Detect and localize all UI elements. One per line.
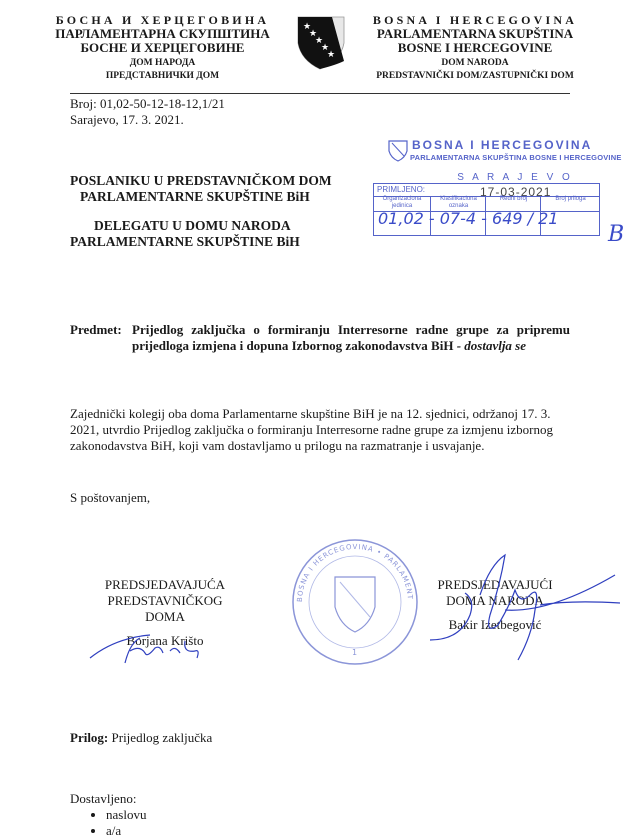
distribution: Dostavljeno: naslovu a/a — [70, 791, 146, 837]
signature-left-title2: PREDSTAVNIČKOG DOMA — [90, 593, 240, 625]
body-paragraph: Zajednički kolegij oba doma Parlamentarn… — [70, 406, 580, 454]
distribution-item: naslovu — [106, 807, 146, 823]
reference-number: Broj: 01,02-50-12-18-12,1/21 — [70, 96, 225, 112]
seal-outer-text: BOSNA I HERCEGOVINA • PARLAMENTARNA SKUP… — [290, 537, 414, 602]
addressee-1: POSLANIKU U PREDSTAVNIČKOM DOM PARLAMENT… — [70, 173, 332, 205]
attachment-value: Prijedlog zaključka — [112, 730, 213, 745]
header-left-line1: БОСНА И ХЕРЦЕГОВИНА — [40, 13, 285, 27]
stamp-grid: PRIMLJENO: 17-03-2021 Organizaciona jedi… — [373, 183, 600, 236]
header-left: БОСНА И ХЕРЦЕГОВИНА ПАРЛАМЕНТАРНА СКУПШТ… — [40, 13, 285, 83]
stamp-emblem-icon — [388, 140, 408, 162]
addressee-1-line2: PARLAMENTARNE SKUPŠTINE BiH — [70, 189, 332, 205]
stamp-line1: BOSNA I HERCEGOVINA — [412, 138, 592, 152]
attachment: Prilog: Prijedlog zaključka — [70, 730, 212, 746]
subject-label: Predmet: — [70, 322, 132, 338]
addressee-2-line1: DELEGATU U DOMU NARODA — [70, 218, 300, 234]
header-left-line4: ДОМ НАРОДА — [40, 57, 285, 70]
header-left-line2: ПАРЛАМЕНТАРНА СКУПШТИНА — [40, 27, 285, 41]
subject-line2: prijedloga izmjena i dopuna Izbornog zak… — [132, 338, 457, 353]
attachment-label: Prilog: — [70, 730, 108, 745]
stamp-handwritten-number: 01,02 - 07-4 - 649 / 21 — [378, 209, 558, 228]
reference-place-date: Sarajevo, 17. 3. 2021. — [70, 112, 225, 128]
header-right-line4: DOM NARODA — [355, 57, 595, 70]
distribution-item: a/a — [106, 823, 146, 837]
stamp-handwritten-initial: B — [608, 222, 624, 247]
body-line3: zakonodavstva BiH, koji vam dostavljamo … — [70, 438, 580, 454]
header-right-line3: BOSNE I HERCEGOVINE — [355, 41, 595, 55]
addressee-1-line1: POSLANIKU U PREDSTAVNIČKOM DOM — [70, 173, 332, 189]
header-right-line5: PREDSTAVNIČKI DOM/ZASTUPNIČKI DOM — [355, 70, 595, 83]
closing: S poštovanjem, — [70, 490, 150, 506]
subject-suffix: - dostavlja se — [457, 338, 526, 353]
subject-line1: Prijedlog zaključka o formiranju Interre… — [132, 322, 570, 338]
svg-text:★: ★ — [327, 50, 335, 60]
stamp-line2: PARLAMENTARNA SKUPŠTINA BOSNE I HERCEGOV… — [410, 153, 622, 162]
header-divider — [70, 93, 570, 94]
distribution-list: naslovu a/a — [70, 807, 146, 837]
body-line1: Zajednički kolegij oba doma Parlamentarn… — [70, 406, 580, 422]
coat-of-arms-icon: ★ ★ ★ ★ ★ — [296, 15, 346, 70]
distribution-label: Dostavljeno: — [70, 791, 146, 807]
addressee-2-line2: PARLAMENTARNE SKUPŠTINE BiH — [70, 234, 300, 250]
stamp-col1-label: Organizaciona jedinica — [374, 196, 430, 210]
header-right: BOSNA I HERCEGOVINA PARLAMENTARNA SKUPŠT… — [355, 13, 595, 83]
signature-right-handwriting-icon — [420, 545, 620, 665]
header-right-line2: PARLAMENTARNA SKUPŠTINA — [355, 27, 595, 41]
svg-text:BOSNA I HERCEGOVINA • PARLAMEN: BOSNA I HERCEGOVINA • PARLAMENTARNA SKUP… — [290, 537, 414, 602]
signature-left-title1: PREDSJEDAVAJUĆA — [90, 577, 240, 593]
received-stamp: BOSNA I HERCEGOVINA PARLAMENTARNA SKUPŠT… — [380, 138, 630, 236]
reference-block: Broj: 01,02-50-12-18-12,1/21 Sarajevo, 1… — [70, 96, 225, 128]
subject: Predmet: Prijedlog zaključka o formiranj… — [70, 322, 570, 354]
stamp-received-label: PRIMLJENO: — [377, 185, 425, 194]
signature-left-handwriting-icon — [85, 633, 215, 673]
addressee-2: DELEGATU U DOMU NARODA PARLAMENTARNE SKU… — [70, 218, 300, 250]
seal-number: 1 — [352, 648, 357, 657]
body-line2: 2021, utvrdio Prijedlog zaključka o form… — [70, 422, 580, 438]
official-seal: 1 BOSNA I HERCEGOVINA • PARLAMENTARNA SK… — [290, 537, 420, 667]
header-right-line1: BOSNA I HERCEGOVINA — [355, 13, 595, 27]
header-left-line5: ПРЕДСТАВНИЧКИ ДОМ — [40, 70, 285, 83]
header-left-line3: БОСНЕ И ХЕРЦЕГОВИНЕ — [40, 41, 285, 55]
